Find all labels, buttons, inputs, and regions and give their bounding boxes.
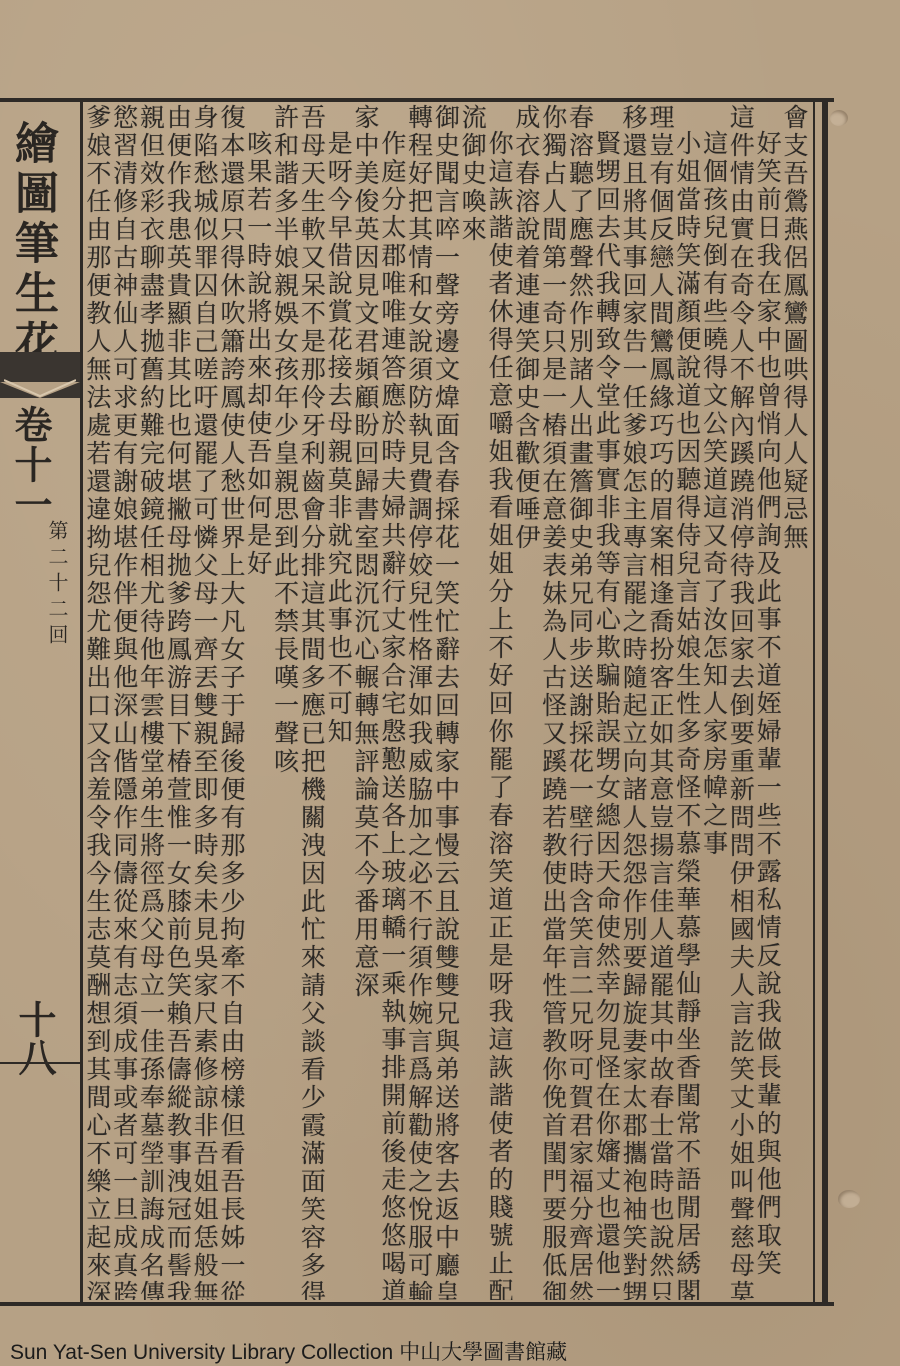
text-column: 家中美俊英因見文君頻顧盼回歸書室悶沉沉心輾轉無評論莫不今番用意深 bbox=[354, 104, 381, 1300]
collection-caption: Sun Yat-Sen University Library Collectio… bbox=[10, 1336, 890, 1364]
text-column: 小姐當時笑滿顏便說道也因聽得侍兒言姑娘生性多奇怪不慕榮華慕學仙靜坐香閨常不語閒居… bbox=[676, 104, 703, 1300]
text-column: 親但效彩衣聊盡孝拋舊約難完破鏡任相尤待他年雲樓堂弟生將徑爲父母立一佳孫奉墓塋訓誨… bbox=[140, 104, 167, 1300]
text-column: 賢甥回去代我轉致令堂此事實非我等有心欺騙貽誤甥女總因天命使然幸勿見怪在你嬸丈也還… bbox=[596, 104, 623, 1300]
text-column: 爹娘不任由那便教人無法處若還違拗兒怨尤難出口又含羞令我今生志莫酬想到其間心不樂立… bbox=[86, 104, 113, 1300]
fishtail-chevron-icon bbox=[4, 378, 76, 398]
text-column: 會支吾鶯燕侶鳳鸞圖哄得人人疑忌無 bbox=[783, 104, 810, 1300]
book-title: 繪圖筆生花 bbox=[2, 120, 62, 370]
chapter-label: 第二十二回 bbox=[42, 520, 72, 650]
paper-crease-top bbox=[830, 110, 848, 126]
text-column: 由便作我患英貴顯非其比也何堪撇母拋爹跨鳳游目下椿萱惟一女膝前色笑賴吾儔縱教事洩冠… bbox=[167, 104, 194, 1300]
text-column: 慾習清修自古神仙人可求更有謝娘堪作伴便與他深山偕隱作同儔從來有志須成事或者可一旦… bbox=[113, 104, 140, 1300]
text-column: 你獨占人間第一奇只是一樁須在意姜表妹為人古怪又蹊蹺若教使出當年性管教你俛首閨門要… bbox=[542, 104, 569, 1300]
text-column: 咳果若一時說將出來却使吾如何是好 bbox=[247, 104, 274, 1300]
frame-border-right-thin bbox=[813, 102, 815, 1302]
volume-label: 卷十一 bbox=[2, 405, 58, 525]
text-column: 作庭分太郡唯唯連答應於時夫婦共辭行丈家合宅慇懃送各上玻璃轎一乘執事排開前後走悠悠… bbox=[381, 104, 408, 1300]
text-block: 會支吾鶯燕侶鳳鸞圖哄得人人疑忌無 好笑前日我在家中也曾悄向他們詢及此事不道姪婦輩… bbox=[86, 104, 810, 1302]
text-column: 轉程好把其情和女說須防執見費調停姣兒性格渾如我威脇加之必不行須作婉言爲解勸使之悅… bbox=[408, 104, 435, 1300]
text-column: 許和諧多半娘親娛女孩年少皇親思到此不禁長嘆一聲咳 bbox=[274, 104, 301, 1300]
page-number-rule bbox=[0, 1062, 82, 1064]
text-column: 這個孩兒倒有些曉得文公笑道這又奇了汝怎知人家房幃之事 bbox=[703, 104, 730, 1300]
banxin-divider-rule bbox=[80, 102, 83, 1302]
text-column: 流御史喚來 bbox=[461, 104, 488, 1300]
text-column: 御史聞言啐一聲旁邊文煒面含春採花一笑忙辭去回轉家中事慢云且說雙雙兄與弟送將客去返… bbox=[435, 104, 462, 1300]
text-column: 身陷愁城似罪囚自己嗟吁還罷了可憐父母一齊丟雙親至即多時矣未見吳家尺素修諒非吾姐姐… bbox=[193, 104, 220, 1300]
text-column: 吾母天生軟又呆不是那伶牙利齒會分排這其間多應已把機關洩因此忙來請父談看少霞滿面笑… bbox=[301, 104, 328, 1300]
text-column: 好笑前日我在家中也曾悄向他們詢及此事不道姪婦輩一些不露私情反說我做長輩的與他們取… bbox=[756, 104, 783, 1300]
text-column: 成衣春溶說着連連笑御史含歡便唾伊 bbox=[515, 104, 542, 1300]
text-column: 移還且將其事回家告一任爹娘怎主專言罷之時隨起立向諸人怨怨作別要歸旋妻家太郡攜袍袖… bbox=[622, 104, 649, 1300]
text-column: 復本還原只得休吹簫誇鳳使人愁世界上大凡女子于歸後便有那多少拘牽不自由榜樣但看吾長… bbox=[220, 104, 247, 1300]
text-column: 是呀今早借說賞花接去母親莫非就究此事也不可知 bbox=[327, 104, 354, 1300]
page-number: 十八 bbox=[2, 1000, 62, 1076]
text-column: 這件情由實在奇令人不解內蹊蹺消停待我回家去倒要重新問問伊相國夫人言訖笑丈小姐叫聲… bbox=[730, 104, 757, 1300]
text-column: 理豈有個反戀人間鸞鳳緣巧巧的眉案相逢喬扮客正如其意豈揚言佳人道罷其中故春士當時也… bbox=[649, 104, 676, 1300]
frame-border-right-thick bbox=[822, 98, 828, 1306]
paper-crease-bottom bbox=[838, 1190, 860, 1208]
text-column: 春溶聽了應聲然作別諸人出畫簷御史弟兄同步送謝採花一壁行時含笑言二兄呀可賀君家福分… bbox=[569, 104, 596, 1300]
text-column: 你這詼諧使者休得任意嚼姐我看姐姐分上不好回你罷了春溶笑道正是呀我這詼諧使者的賤號… bbox=[488, 104, 515, 1300]
